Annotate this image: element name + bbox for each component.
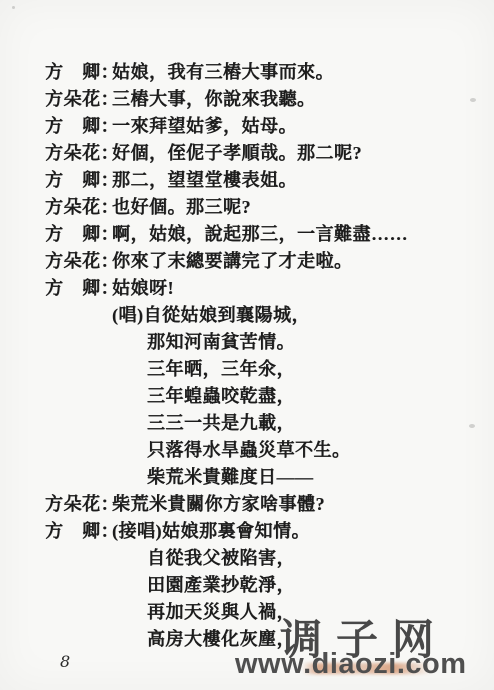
line-text: 三樁大事，你說來我聽。 <box>112 86 316 113</box>
line-text: 田園產業抄乾淨， <box>112 572 295 599</box>
speaker-label: 方 卿： <box>45 59 112 86</box>
script-line: 方朵花： 也好個。那三呢? <box>45 194 488 221</box>
line-text: 柴荒米貴關你方家啥事體? <box>112 491 325 518</box>
line-text: 那知河南貧苦情。 <box>112 329 295 356</box>
line-text: 啊，姑娘，說起那三，一言難盡…… <box>112 221 408 248</box>
speaker-label: 方 卿： <box>45 275 112 302</box>
script-line: (唱)自從姑娘到襄陽城， <box>45 302 488 329</box>
line-text: 姑娘呀! <box>112 275 174 302</box>
speaker-label <box>45 572 112 599</box>
speaker-label <box>45 626 112 653</box>
speaker-label: 方朵花： <box>45 194 112 221</box>
speaker-label <box>45 302 112 329</box>
line-text: 姑娘，我有三樁大事而來。 <box>112 59 334 86</box>
script-line: 方 卿： 姑娘呀! <box>45 275 488 302</box>
line-text: 三年晒，三年氽， <box>112 356 295 383</box>
speaker-label: 方朵花： <box>45 248 112 275</box>
line-text: 也好個。那三呢? <box>112 194 251 221</box>
script-line: 三年蝗蟲咬乾盡， <box>45 383 488 410</box>
script-line: 方朵花： 三樁大事，你說來我聽。 <box>45 86 488 113</box>
script-line: 方朵花： 柴荒米貴關你方家啥事體? <box>45 491 488 518</box>
page-number: 8 <box>60 652 70 671</box>
script-line: 方 卿： 啊，姑娘，說起那三，一言難盡…… <box>45 221 488 248</box>
speaker-label: 方 卿： <box>45 221 112 248</box>
script-line: 田園產業抄乾淨， <box>45 572 488 599</box>
line-text: 三年蝗蟲咬乾盡， <box>112 383 295 410</box>
line-text: 一來拜望姑爹，姑母。 <box>112 113 297 140</box>
line-text: 再加天災與人禍， <box>112 599 295 626</box>
line-text: (接唱)姑娘那裏會知情。 <box>112 518 310 545</box>
line-text: 好個，侄伲子孝順哉。那二呢? <box>112 140 362 167</box>
speaker-label <box>45 383 112 410</box>
scan-speck <box>470 98 476 102</box>
script-line: 三年晒，三年氽， <box>45 356 488 383</box>
script-line: 三三一共是九載， <box>45 410 488 437</box>
line-text: 高房大樓化灰塵， <box>112 626 295 653</box>
speaker-label: 方 卿： <box>45 518 112 545</box>
speaker-label <box>45 464 112 491</box>
speaker-label: 方朵花： <box>45 491 112 518</box>
line-text: 你來了末總要講完了才走啦。 <box>112 248 353 275</box>
speaker-label <box>45 356 112 383</box>
script-line: 再加天災與人禍， <box>45 599 488 626</box>
scan-speck <box>12 6 15 9</box>
script-line: 柴荒米貴難度日—— <box>45 464 488 491</box>
line-text: 柴荒米貴難度日—— <box>112 464 314 491</box>
line-text: 那二，望望堂樓表姐。 <box>112 167 297 194</box>
speaker-label <box>45 329 112 356</box>
speaker-label <box>45 410 112 437</box>
script-page: 方 卿： 姑娘，我有三樁大事而來。 方朵花： 三樁大事，你說來我聽。 方 卿： … <box>0 0 494 690</box>
speaker-label: 方 卿： <box>45 113 112 140</box>
script-line: 方 卿： 一來拜望姑爹，姑母。 <box>45 113 488 140</box>
script-line: 方朵花： 好個，侄伲子孝順哉。那二呢? <box>45 140 488 167</box>
speaker-label <box>45 599 112 626</box>
line-text: (唱)自從姑娘到襄陽城， <box>112 302 310 329</box>
script-line: 方 卿： (接唱)姑娘那裏會知情。 <box>45 518 488 545</box>
script-line: 那知河南貧苦情。 <box>45 329 488 356</box>
dialogue-block: 方 卿： 姑娘，我有三樁大事而來。 方朵花： 三樁大事，你說來我聽。 方 卿： … <box>45 59 488 653</box>
speaker-label: 方 卿： <box>45 167 112 194</box>
script-line: 方朵花： 你來了末總要講完了才走啦。 <box>45 248 488 275</box>
line-text: 自從我父被陷害， <box>112 545 295 572</box>
line-text: 三三一共是九載， <box>112 410 295 437</box>
watermark-orange-smudge <box>302 663 432 674</box>
script-line: 只落得水旱蟲災草不生。 <box>45 437 488 464</box>
speaker-label <box>45 437 112 464</box>
script-line: 方 卿： 那二，望望堂樓表姐。 <box>45 167 488 194</box>
line-text: 只落得水旱蟲災草不生。 <box>112 437 351 464</box>
speaker-label <box>45 545 112 572</box>
script-line: 自從我父被陷害， <box>45 545 488 572</box>
scan-speck <box>469 424 475 428</box>
script-line: 方 卿： 姑娘，我有三樁大事而來。 <box>45 59 488 86</box>
script-line: 高房大樓化灰塵， <box>45 626 488 653</box>
speaker-label: 方朵花： <box>45 140 112 167</box>
speaker-label: 方朵花： <box>45 86 112 113</box>
